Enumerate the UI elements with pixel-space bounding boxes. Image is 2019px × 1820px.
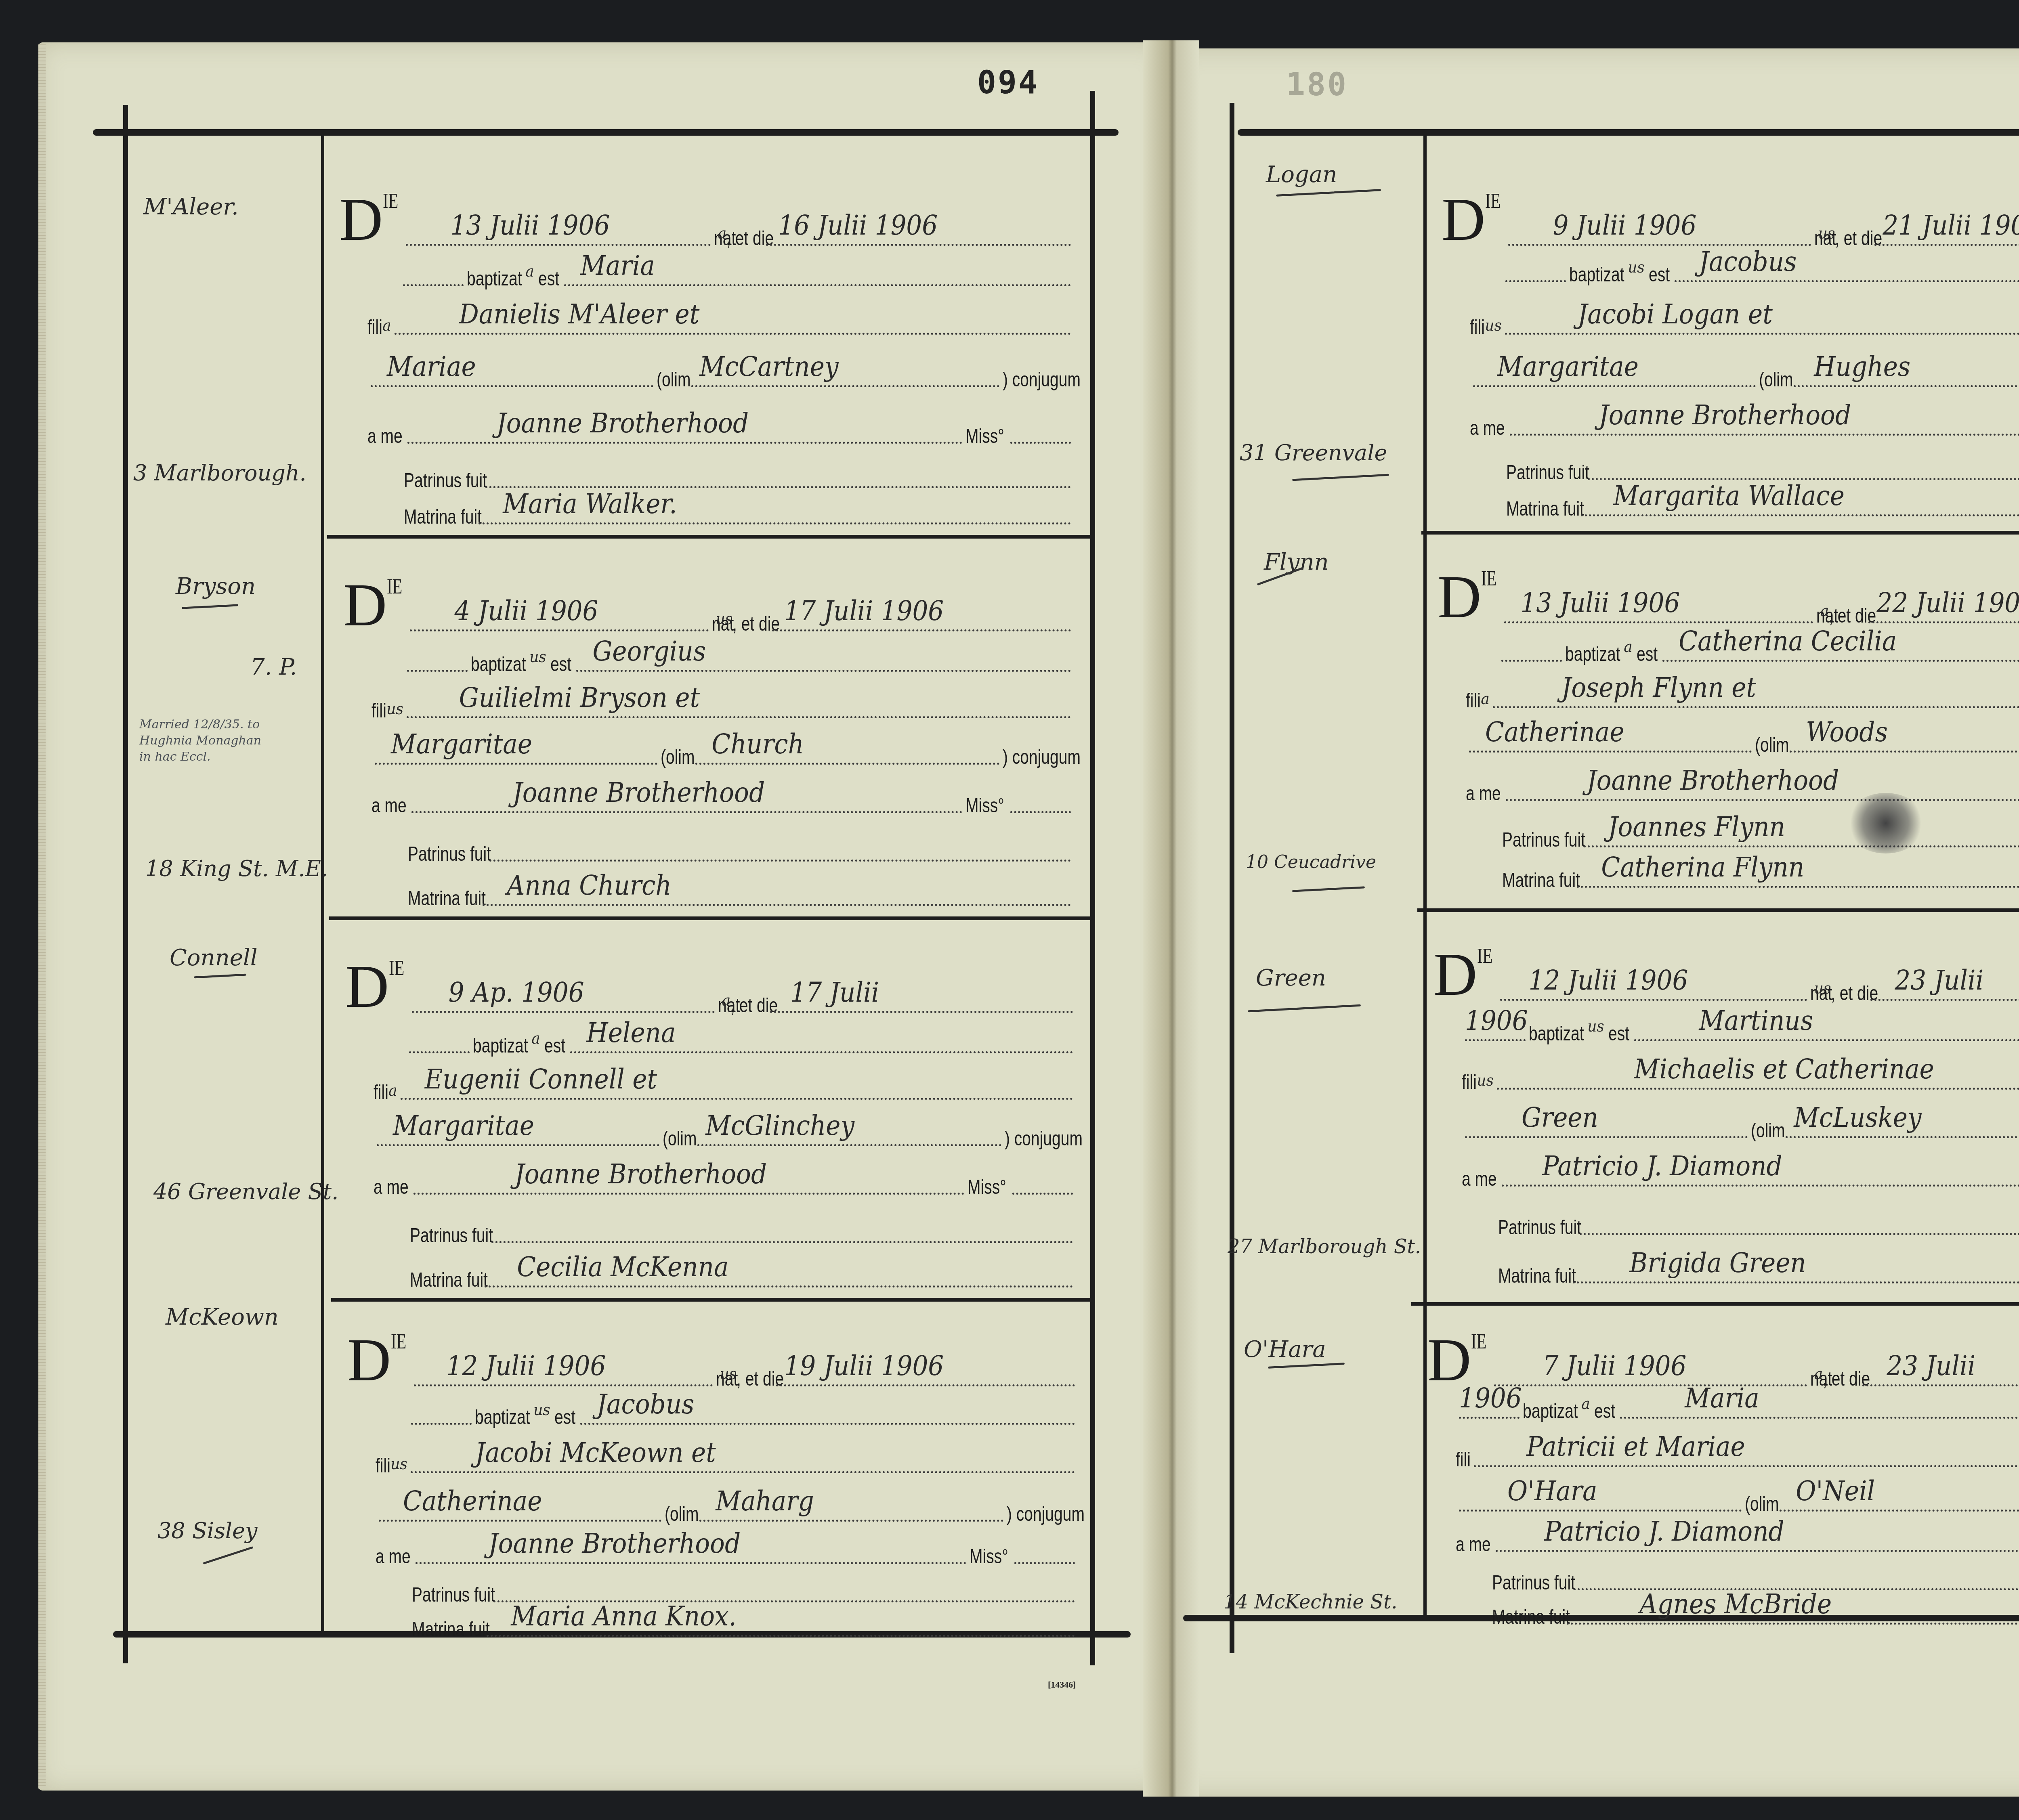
margin-surname: Connell <box>170 945 258 971</box>
mother-line: Margaritae (olim McGlinchey ) conjugum <box>374 1118 1076 1150</box>
conjugum-label: ) conjugum <box>1007 1502 1085 1526</box>
mother-line: O'Hara (olim O'Neil ) conjugum <box>1456 1483 2019 1516</box>
matrina-name: Anna Church <box>507 870 671 902</box>
baptism-date-cont <box>403 284 464 286</box>
mother-field: Margaritae <box>375 762 657 765</box>
fili-label: fili <box>1470 315 1485 339</box>
est-label: est <box>544 1034 565 1057</box>
priest-name: Joanne Brotherhood <box>1587 765 1839 797</box>
fili-line: fili us Jacobi McKeown et <box>376 1445 1078 1477</box>
father-field: Patricii et Mariae <box>1474 1465 2019 1467</box>
baptizat-label: baptizat <box>1565 642 1620 666</box>
birth-date: 4 Julii 1906 <box>454 595 598 627</box>
priest-line: a me Joanne Brotherhood Miss° <box>1470 407 2019 440</box>
die-suffix: IE <box>389 956 404 980</box>
priest-field: Joanne Brotherhood <box>1510 433 2019 436</box>
die-line: DIE 12 Julii 1906 nat us , et die 19 Jul… <box>347 1322 1078 1390</box>
priest-name: Patricio J. Diamond <box>1544 1516 1784 1547</box>
father-field: Guilielmi Bryson et <box>407 716 1071 718</box>
matrina-field: Cecilia McKenna <box>485 1285 1073 1287</box>
fili-label: fili <box>1456 1448 1471 1471</box>
baptizat-suffix: us <box>1587 1017 1604 1036</box>
nat-suffix: us <box>716 610 733 628</box>
matrina-name: Maria Anna Knox. <box>511 1600 737 1632</box>
misso-field <box>1010 811 1071 813</box>
maiden-field: McLuskey <box>1786 1136 2019 1138</box>
est-label: est <box>1649 263 1670 286</box>
matrina-label: Matrina fuit <box>404 505 482 528</box>
mother-field: Mariae <box>371 385 653 387</box>
margin-address: 46 Greenvale St. <box>153 1179 338 1204</box>
mother-line: Margaritae (olim Church ) conjugum <box>371 736 1074 769</box>
baptism-date-cont-field: 1906 <box>1465 1039 1526 1041</box>
priest-line: a me Joanne Brotherhood Miss° <box>371 785 1074 817</box>
baptism-date-field: 19 Julii 1906 <box>776 1384 1075 1386</box>
father-name: Joseph Flynn et <box>1561 672 1756 704</box>
matrina-label: Matrina fuit <box>408 887 486 910</box>
conjugum-label: ) conjugum <box>1003 745 1081 769</box>
die-line: DIE 12 Julii 1906 nat us , et die 23 Jul… <box>1433 936 2019 1005</box>
conjugum-label: ) conjugum <box>1005 1127 1083 1150</box>
matrina-field: Brigida Green <box>1573 1281 2019 1283</box>
child-name: Maria <box>580 250 655 282</box>
fili-line: fili us Michaelis et Catherinae <box>1462 1061 2019 1094</box>
baptizat-label: baptizat <box>467 267 522 290</box>
olim-label: (olim <box>1759 368 1793 391</box>
birth-date-field: 12 Julii 1906 <box>414 1384 713 1386</box>
father-field: Michaelis et Catherinae <box>1497 1087 2019 1090</box>
matrina-field: Maria Anna Knox. <box>487 1634 1075 1637</box>
father-field: Eugenii Connell et <box>401 1097 1073 1100</box>
priest-field: Joanne Brotherhood <box>1506 799 2019 801</box>
fili-suffix: us <box>1477 1071 1494 1090</box>
patrinus-label: Patrinus fuit <box>1506 461 1589 484</box>
child-name-field: Jacobus <box>1675 280 2019 282</box>
priest-name: Joanne Brotherhood <box>488 1528 741 1560</box>
et-die-label: , et die <box>1823 1367 1870 1390</box>
matrina-label: Matrina fuit <box>1502 868 1580 892</box>
baptism-date-field: 22 Julii 1906 <box>1868 621 2019 623</box>
patrinus-line: Patrinus fuit <box>410 1215 1076 1247</box>
matrina-name: Maria Walker. <box>503 488 677 520</box>
patrinus-field <box>491 1241 1073 1243</box>
baptizat-suffix: us <box>533 1401 550 1419</box>
book-gutter <box>1143 40 1199 1797</box>
mother-maiden-name: Woods <box>1806 716 1887 748</box>
matrina-line: Matrina fuit Maria Walker. <box>404 496 1074 528</box>
margin-surname: O'Hara <box>1244 1336 1326 1363</box>
die-initial: D <box>1438 567 1481 627</box>
baptizat-line: 1906 baptizat us est Martinus <box>1462 1013 2019 1045</box>
est-label: est <box>1608 1022 1629 1045</box>
priest-name: Joanne Brotherhood <box>496 407 749 439</box>
baptism-date: 22 Julii 1906 <box>1876 587 2019 619</box>
father-field: Joseph Flynn et <box>1493 706 2019 708</box>
mother-name: Green <box>1522 1102 1598 1134</box>
die-initial: D <box>339 189 383 250</box>
matrina-label: Matrina fuit <box>1506 497 1584 520</box>
die-initial: D <box>1442 189 1485 250</box>
priest-field: Joanne Brotherhood <box>411 811 962 813</box>
olim-label: (olim <box>1755 733 1789 757</box>
baptizat-line: baptizat us est Jacobus <box>1502 254 2019 286</box>
baptism-date: 17 Julii <box>790 977 879 1009</box>
mother-name: Margaritae <box>1497 351 1639 383</box>
patrinus-line: Patrinus fuit Joannes Flynn <box>1502 819 2019 851</box>
mother-field: Catherinae <box>1469 750 1752 753</box>
priest-name: Patricio J. Diamond <box>1542 1150 1782 1182</box>
fili-label: fili <box>371 699 386 722</box>
baptism-date-field: 23 Julii <box>1870 998 2019 1001</box>
baptism-date: 16 Julii 1906 <box>778 210 938 241</box>
baptism-entry: DIE 12 Julii 1906 nat us , et die 23 Jul… <box>1417 908 2019 1302</box>
margin-address: 31 Greenvale <box>1240 440 1387 465</box>
baptism-entry: DIE 13 Julii 1906 nat a , et die 22 Juli… <box>1421 531 2019 908</box>
misso-field <box>1010 441 1071 444</box>
matrina-field: Maria Walker. <box>479 522 1071 524</box>
priest-line: a me Joanne Brotherhood Miss° <box>376 1536 1078 1568</box>
patrinus-line: Patrinus fuit <box>408 833 1074 866</box>
mother-line: Margaritae (olim Hughes ) conjugum <box>1470 359 2019 391</box>
baptizat-line: baptizat a est Helena <box>406 1025 1076 1057</box>
priest-name: Joanne Brotherhood <box>512 777 765 809</box>
nat-suffix: us <box>720 1365 737 1383</box>
matrina-name: Cecilia McKenna <box>517 1251 728 1283</box>
matrina-name: Brigida Green <box>1629 1247 1806 1279</box>
margin-address: 27 Marlborough St. <box>1228 1235 1421 1258</box>
olim-label: (olim <box>1751 1119 1785 1142</box>
left-outer-vrule <box>123 105 128 1663</box>
baptism-date: 19 Julii 1906 <box>784 1350 944 1382</box>
mother-field: Green <box>1465 1136 1748 1138</box>
birth-date: 13 Julii 1906 <box>450 210 610 241</box>
est-label: est <box>1594 1399 1615 1423</box>
birth-date: 7 Julii 1906 <box>1543 1350 1686 1382</box>
baptizat-suffix: a <box>1624 637 1632 656</box>
birth-date-field: 12 Julii 1906 <box>1500 998 1807 1001</box>
priest-field: Joanne Brotherhood <box>416 1562 966 1564</box>
baptizat-line: baptizat us est Jacobus <box>408 1396 1078 1429</box>
et-die-label: , et die <box>730 994 778 1017</box>
father-field: Danielis M'Aleer et <box>395 332 1071 335</box>
mother-maiden-name: Maharg <box>716 1485 814 1517</box>
matrina-line: Matrina fuit Agnes McBride <box>1492 1596 2019 1629</box>
olim-label: (olim <box>661 745 695 769</box>
maiden-field: Church <box>695 762 999 765</box>
child-name-field: Jacobus <box>580 1422 1075 1425</box>
a-me-label: a me <box>371 794 407 817</box>
mother-name: Catherinae <box>403 1485 542 1517</box>
child-name-field: Helena <box>570 1051 1073 1053</box>
fili-suffix: us <box>1485 316 1502 335</box>
matrina-name: Catherina Flynn <box>1601 851 1804 883</box>
die-initial: D <box>1427 1330 1471 1390</box>
baptism-date-cont <box>1505 280 1566 282</box>
patrinus-label: Patrinus fuit <box>1492 1571 1575 1594</box>
page-edges <box>38 44 46 1789</box>
baptizat-line: baptizat a est Maria <box>400 258 1074 290</box>
baptism-entry: DIE 7 Julii 1906 nat a , et die 23 Julii… <box>1411 1302 2019 1617</box>
baptism-date-field: 17 Julii <box>770 1011 1073 1013</box>
et-die-label: , et die <box>737 1367 784 1390</box>
birth-date: 9 Ap. 1906 <box>448 977 584 1009</box>
margin-surname: Logan <box>1266 161 1337 188</box>
matrina-line: Matrina fuit Catherina Flynn <box>1502 860 2019 892</box>
fili-suffix: a <box>1481 690 1489 708</box>
die-suffix: IE <box>391 1330 406 1354</box>
die-suffix: IE <box>387 575 402 599</box>
patrinus-field: Joannes Flynn <box>1584 845 2019 847</box>
matrina-name: Agnes McBride <box>1639 1588 1832 1620</box>
right-page-faded-number: 180 <box>1286 67 1348 103</box>
maiden-field: O'Neil <box>1780 1509 2019 1512</box>
birth-date-field: 13 Julii 1906 <box>1504 621 1813 623</box>
priest-field: Joanne Brotherhood <box>407 441 962 444</box>
a-me-label: a me <box>1456 1533 1491 1556</box>
father-name: Danielis M'Aleer et <box>459 298 700 330</box>
et-die-label: , et die <box>1831 981 1878 1005</box>
mother-field: Margaritae <box>377 1144 659 1146</box>
fili-label: fili <box>367 315 382 339</box>
mother-maiden-name: McGlinchey <box>705 1110 854 1142</box>
fili-line: fili us Guilielmi Bryson et <box>371 690 1074 722</box>
misso-field <box>1012 1192 1073 1195</box>
matrina-name: Margarita Wallace <box>1613 480 1845 512</box>
child-name: Martinus <box>1699 1005 1813 1037</box>
margin-address: 3 Marlborough. <box>133 460 306 486</box>
baptism-date-cont: 1906 <box>1465 1005 1528 1037</box>
olim-label: (olim <box>663 1127 697 1150</box>
die-suffix: IE <box>1471 1330 1486 1354</box>
birth-date: 12 Julii 1906 <box>1528 965 1688 996</box>
die-line: DIE 13 Julii 1906 nat a , et die 22 Juli… <box>1438 559 2019 627</box>
mother-field: Margaritae <box>1473 385 1756 387</box>
child-name: Jacobus <box>1699 246 1797 278</box>
left-printer-mark: [14346] <box>1048 1680 1076 1690</box>
margin-address: 14 McKechnie St. <box>1224 1591 1398 1613</box>
baptism-date: 23 Julii <box>1895 965 1983 996</box>
fili-line: fili Patricii et Mariae <box>1456 1439 2019 1471</box>
baptism-date-field: 21 Julii 1906 <box>1874 243 2019 246</box>
matrina-line: Matrina fuit Margarita Wallace <box>1506 488 2019 520</box>
mother-line: Catherinae (olim Woods ) conjugum <box>1466 724 2019 757</box>
baptizat-line: 1906 baptizat a est Maria <box>1456 1390 2019 1423</box>
matrina-line: Matrina fuit Brigida Green <box>1498 1255 2019 1287</box>
baptizat-label: baptizat <box>471 652 526 676</box>
baptism-entry: DIE 9 Ap. 1906 nat a , et die 17 Julii b… <box>329 916 1092 1298</box>
priest-name: Joanne Brotherhood <box>514 1158 767 1190</box>
est-label: est <box>554 1405 575 1429</box>
mother-maiden-name: McCartney <box>699 351 838 383</box>
maiden-field: Maharg <box>699 1519 1003 1522</box>
priest-line: a me Joanne Brotherhood Miss° <box>367 415 1074 448</box>
mother-name: O'Hara <box>1507 1475 1597 1507</box>
father-name: Eugenii Connell et <box>425 1063 657 1095</box>
matrina-field: Catherina Flynn <box>1577 885 2019 888</box>
mother-line: Green (olim McLuskey ) conjugum <box>1462 1110 2019 1142</box>
matrina-line: Matrina fuit Anna Church <box>408 878 1074 910</box>
matrina-field: Agnes McBride <box>1567 1622 2019 1625</box>
mother-name: Catherinae <box>1485 716 1624 748</box>
patrinus-line: Patrinus fuit <box>404 460 1074 492</box>
olim-label: (olim <box>657 368 690 391</box>
father-name: Jacobi Logan et <box>1578 298 1773 330</box>
patrinus-name: Joannes Flynn <box>1608 811 1785 843</box>
et-die-label: , et die <box>1835 226 1882 250</box>
birth-date-field: 7 Julii 1906 <box>1494 1384 1807 1386</box>
child-name: Maria <box>1685 1382 1759 1414</box>
left-page-number: 094 <box>977 65 1039 101</box>
matrina-field: Anna Church <box>483 904 1071 906</box>
margin-initials: 7. P. <box>250 654 297 680</box>
mother-maiden-name: McLuskey <box>1794 1102 1921 1134</box>
maiden-field: Hughes <box>1794 385 2019 387</box>
a-me-label: a me <box>1470 416 1505 440</box>
nat-suffix: a <box>718 224 726 243</box>
birth-date: 12 Julii 1906 <box>446 1350 606 1382</box>
fili-label: fili <box>1462 1070 1477 1094</box>
baptizat-suffix: a <box>525 262 534 281</box>
birth-date: 9 Julii 1906 <box>1553 210 1696 241</box>
birth-date: 13 Julii 1906 <box>1520 587 1680 619</box>
margin-marriage-note: Married 12/8/35. to Hughnia Monaghan in … <box>139 717 273 765</box>
die-line: DIE 9 Ap. 1906 nat a , et die 17 Julii <box>345 948 1076 1017</box>
baptism-date-cont <box>407 669 468 672</box>
patrinus-line: Patrinus fuit <box>1498 1207 2019 1239</box>
father-name: Guilielmi Bryson et <box>459 682 700 714</box>
baptizat-label: baptizat <box>473 1034 528 1057</box>
father-name: Michaelis et Catherinae <box>1634 1053 1934 1085</box>
die-line: DIE 7 Julii 1906 nat a , et die 23 Julii <box>1427 1322 2019 1390</box>
baptism-entry: DIE 9 Julii 1906 nat us , et die 21 Juli… <box>1425 129 2019 531</box>
mother-name: Mariae <box>387 351 476 383</box>
misso-label: Miss° <box>968 1175 1006 1199</box>
fili-suffix: us <box>386 700 403 718</box>
baptism-date: 17 Julii 1906 <box>784 595 944 627</box>
fili-label: fili <box>376 1454 390 1477</box>
a-me-label: a me <box>376 1545 411 1568</box>
patrinus-label: Patrinus fuit <box>1498 1216 1581 1239</box>
die-initial: D <box>347 1330 391 1390</box>
misso-field <box>1014 1562 1075 1564</box>
die-line: DIE 9 Julii 1906 nat us , et die 21 Juli… <box>1442 181 2019 250</box>
die-line: DIE 4 Julii 1906 nat us , et die 17 Juli… <box>343 567 1074 635</box>
die-initial: D <box>343 575 387 635</box>
misso-label: Miss° <box>965 424 1004 448</box>
baptism-date-cont <box>409 1051 470 1053</box>
child-name: Helena <box>586 1017 676 1049</box>
mother-name: Margaritae <box>391 728 532 760</box>
fili-line: fili a Danielis M'Aleer et <box>367 306 1074 339</box>
priest-line: a me Joanne Brotherhood Miss° <box>1466 773 2019 805</box>
patrinus-field <box>1580 1233 2019 1235</box>
fili-line: fili a Eugenii Connell et <box>374 1071 1076 1104</box>
baptism-date: 23 Julii <box>1887 1350 1975 1382</box>
die-suffix: IE <box>1481 567 1496 591</box>
baptizat-label: baptizat <box>1529 1022 1584 1045</box>
right-inner-vrule <box>1230 103 1234 1653</box>
baptism-date: 21 Julii 1906 <box>1883 210 2019 241</box>
baptism-date-cont-field: 1906 <box>1459 1416 1519 1419</box>
mother-maiden-name: O'Neil <box>1796 1475 1875 1507</box>
misso-label: Miss° <box>965 794 1004 817</box>
patrinus-field <box>489 859 1071 862</box>
die-initial: D <box>345 956 389 1017</box>
child-name-field: Maria <box>564 284 1071 286</box>
priest-line: a me Patricio J. Diamond Miss° <box>1456 1524 2019 1556</box>
child-name-field: Catherina Cecilia <box>1662 659 2019 662</box>
priest-line: a me Joanne Brotherhood Miss° <box>374 1166 1076 1199</box>
est-label: est <box>550 652 571 676</box>
fili-label: fili <box>374 1080 388 1104</box>
baptizat-suffix: us <box>529 648 546 666</box>
child-name-field: Georgius <box>576 669 1071 672</box>
margin-surname: Bryson <box>176 573 256 600</box>
mother-line: Catherinae (olim Maharg ) conjugum <box>376 1493 1078 1526</box>
birth-date-field: 4 Julii 1906 <box>410 629 709 631</box>
ink-smudge <box>1845 793 1926 853</box>
priest-field: Patricio J. Diamond <box>1502 1184 2019 1187</box>
et-die-label: , et die <box>732 612 780 635</box>
a-me-label: a me <box>1466 782 1501 805</box>
margin-address: 38 Sisley <box>157 1518 258 1543</box>
fili-label: fili <box>1466 689 1481 712</box>
margin-surname: Green <box>1256 965 1326 991</box>
mother-maiden-name: Church <box>711 728 804 760</box>
patrinus-line: Patrinus fuit <box>1506 452 2019 484</box>
die-suffix: IE <box>1485 189 1501 213</box>
baptism-date-field: 16 Julii 1906 <box>766 243 1071 246</box>
priest-field: Patricio J. Diamond <box>1496 1550 2019 1552</box>
fili-line: fili a Joseph Flynn et <box>1466 680 2019 712</box>
baptism-date-field: 17 Julii 1906 <box>772 629 1071 631</box>
baptizat-suffix: a <box>531 1029 540 1048</box>
olim-label: (olim <box>1745 1492 1779 1516</box>
baptism-date-cont: 1906 <box>1459 1382 1522 1414</box>
et-die-label: , et die <box>726 226 774 250</box>
fili-suffix: a <box>388 1081 397 1100</box>
nat-suffix: us <box>1814 979 1831 998</box>
misso-label: Miss° <box>970 1545 1008 1568</box>
nat-suffix: a <box>1820 602 1829 620</box>
child-name: Jacobus <box>596 1388 694 1420</box>
margin-surname: McKeown <box>166 1304 279 1330</box>
baptizat-suffix: a <box>1581 1394 1590 1413</box>
matrina-label: Matrina fuit <box>1498 1264 1576 1287</box>
baptism-date-cont <box>1501 659 1562 662</box>
baptism-entry: DIE 4 Julii 1906 nat us , et die 17 Juli… <box>327 535 1090 916</box>
child-name: Georgius <box>592 635 706 667</box>
baptism-date-field: 23 Julii <box>1862 1384 2019 1386</box>
baptizat-suffix: us <box>1628 258 1645 277</box>
father-name: Patricii et Mariae <box>1526 1431 1745 1463</box>
fili-line: fili us Jacobi Logan et <box>1470 306 2019 339</box>
priest-name: Joanne Brotherhood <box>1599 399 1851 431</box>
priest-field: Joanne Brotherhood <box>413 1192 964 1195</box>
mother-name: Margaritae <box>393 1110 534 1142</box>
a-me-label: a me <box>367 424 403 448</box>
mother-line: Mariae (olim McCartney ) conjugum <box>367 359 1074 391</box>
baptizat-label: baptizat <box>1569 263 1624 286</box>
baptizat-label: baptizat <box>1523 1399 1578 1423</box>
die-line: DIE 13 Julii 1906 nat a , et die 16 Juli… <box>339 181 1074 250</box>
mother-maiden-name: Hughes <box>1814 351 1910 383</box>
mother-field: O'Hara <box>1459 1509 1742 1512</box>
matrina-label: Matrina fuit <box>410 1268 488 1292</box>
die-initial: D <box>1433 944 1477 1005</box>
baptism-entry: DIE 12 Julii 1906 nat us , et die 19 Jul… <box>331 1298 1092 1633</box>
nat-suffix: a <box>722 991 730 1010</box>
